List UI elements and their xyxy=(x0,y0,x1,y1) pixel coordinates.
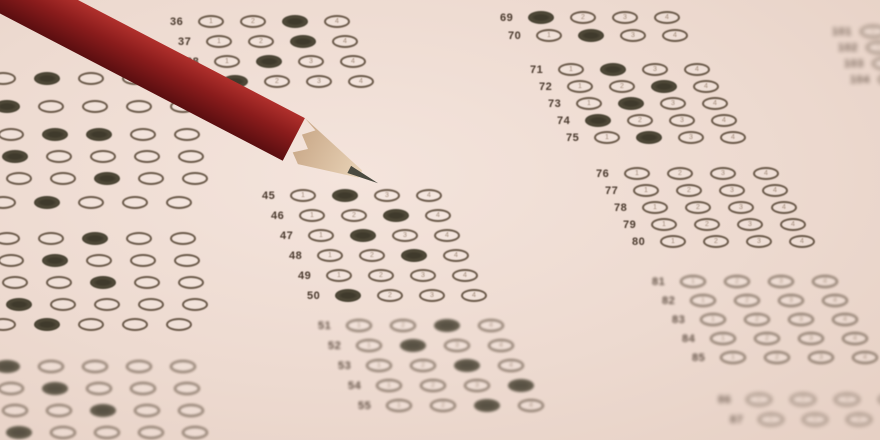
pencil xyxy=(0,0,880,440)
pencil-body xyxy=(0,0,305,161)
pencil-lead xyxy=(347,166,379,188)
answer-sheet-photo: 3612343712343812343912344512344612344712… xyxy=(0,0,880,440)
